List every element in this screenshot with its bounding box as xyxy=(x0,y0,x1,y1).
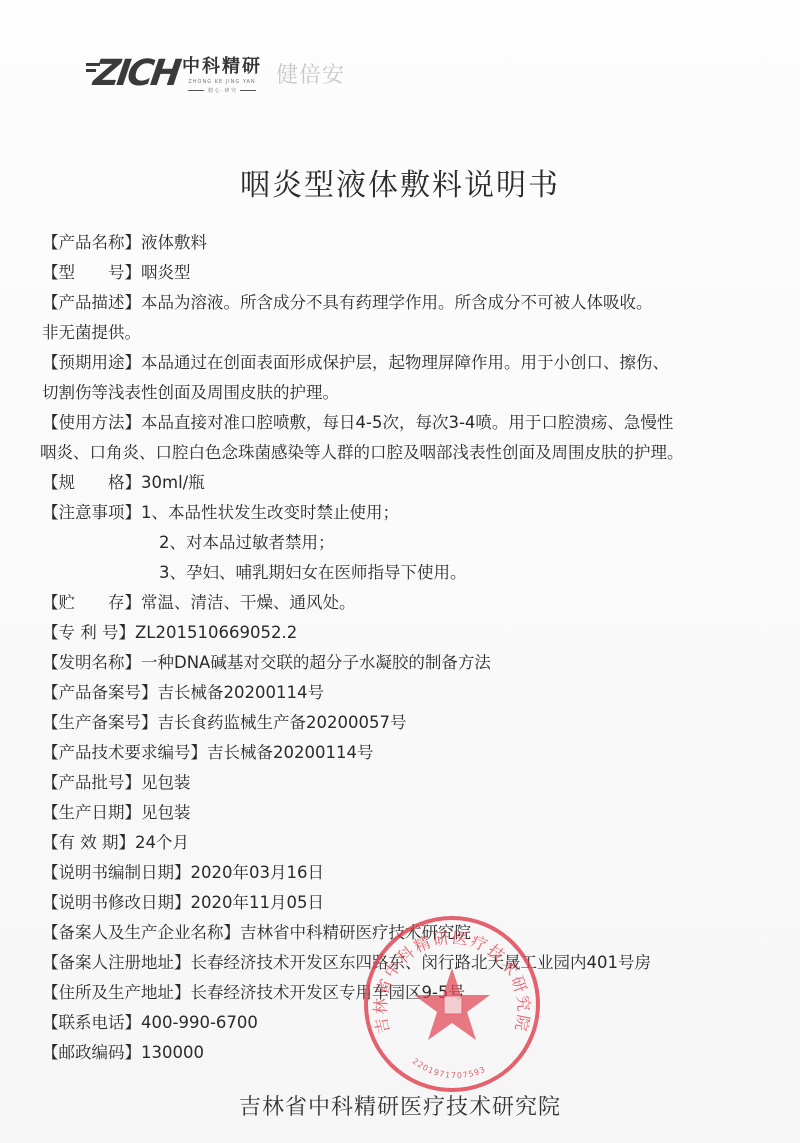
field-intended-use-cont: 切割伤等浅表性创面及周围皮肤的护理。 xyxy=(42,378,787,408)
field-label: 【预期用途】 xyxy=(42,353,141,372)
logo-tagline: 精 心 · 研 究 xyxy=(184,87,260,94)
field-value: ZL201510669052.2 xyxy=(135,623,297,642)
field-description-cont: 非无菌提供。 xyxy=(42,318,787,348)
field-manufacturer-name: 【备案人及生产企业名称】吉林省中科精研医疗技术研究院 xyxy=(42,918,787,948)
precaution-item-2: 2、对本品过敏者禁用； xyxy=(42,528,787,558)
field-value: 吉林省中科精研医疗技术研究院 xyxy=(240,923,471,942)
field-storage: 【贮 存】常温、清洁、干燥、通风处。 xyxy=(42,588,787,618)
field-label: 【产品备案号】 xyxy=(42,683,158,702)
field-model: 【型 号】咽炎型 xyxy=(42,258,787,288)
field-label: 【有 效 期】 xyxy=(42,833,135,852)
field-value: 长春经济技术开发区专用车园区9-5号 xyxy=(191,983,465,1002)
field-value: 本品为溶液。所含成分不具有药理学作用。所含成分不可被人体吸收。 xyxy=(141,293,653,312)
field-value: 见包装 xyxy=(141,803,191,822)
field-postal-code: 【邮政编码】130000 xyxy=(42,1038,787,1068)
field-value: 24个月 xyxy=(135,833,189,852)
zich-logo-mark: ZICH xyxy=(86,53,176,93)
field-label: 【产品描述】 xyxy=(42,293,141,312)
field-label: 【贮 存】 xyxy=(42,593,141,612)
logo-cn-subtitle: 精 心 · 研 究 xyxy=(208,87,236,94)
field-batch-number: 【产品批号】见包装 xyxy=(42,768,787,798)
field-label: 【产品技术要求编号】 xyxy=(42,743,207,762)
field-value: 常温、清洁、干燥、通风处。 xyxy=(141,593,356,612)
field-compiled-date: 【说明书编制日期】2020年03月16日 xyxy=(42,858,787,888)
logo-chinese-name: 中科精研 ZHONG KE JING YAN 精 心 · 研 究 xyxy=(182,52,262,94)
field-production-date: 【生产日期】见包装 xyxy=(42,798,787,828)
field-label: 【产品名称】 xyxy=(42,233,141,252)
field-value: 本品直接对准口腔喷敷，每日4-5次，每次3-4喷。用于口腔溃疡、急慢性 xyxy=(141,413,673,432)
brand-name: 健倍安 xyxy=(276,58,345,89)
field-value: 130000 xyxy=(141,1043,204,1062)
field-production-address: 【住所及生产地址】长春经济技术开发区专用车园区9-5号 xyxy=(42,978,787,1008)
field-value: 30ml/瓶 xyxy=(141,473,205,492)
field-value: 一种DNA碱基对交联的超分子水凝胶的制备方法 xyxy=(141,653,491,672)
field-label: 【生产日期】 xyxy=(42,803,141,822)
field-label: 【备案人注册地址】 xyxy=(42,953,191,972)
field-value: 见包装 xyxy=(141,773,191,792)
field-value: 咽炎型 xyxy=(141,263,191,282)
field-value: 长春经济技术开发区东四路东、闵行路北天晟工业园内401号房 xyxy=(191,953,652,972)
field-label: 【型 号】 xyxy=(42,263,141,282)
field-value: 本品通过在创面表面形成保护层，起物理屏障作用。用于小创口、擦伤、 xyxy=(141,353,669,372)
field-value: 2020年11月05日 xyxy=(191,893,324,912)
logo-mark-text: ZICH xyxy=(91,53,181,94)
field-value: 吉长械备20200114号 xyxy=(207,743,373,762)
field-product-name: 【产品名称】液体敷料 xyxy=(42,228,787,258)
field-registered-address: 【备案人注册地址】长春经济技术开发区东四路东、闵行路北天晟工业园内401号房 xyxy=(42,948,787,978)
field-label: 【生产备案号】 xyxy=(42,713,158,732)
field-value: 吉长食药监械生产备20200057号 xyxy=(158,713,407,732)
field-tech-requirement-number: 【产品技术要求编号】吉长械备20200114号 xyxy=(42,738,787,768)
field-precautions: 【注意事项】1、本品性状发生改变时禁止使用； xyxy=(42,498,787,528)
field-description: 【产品描述】本品为溶液。所含成分不具有药理学作用。所含成分不可被人体吸收。 xyxy=(42,288,787,318)
field-label: 【产品批号】 xyxy=(42,773,141,792)
divider xyxy=(240,90,256,91)
field-value: 400-990-6700 xyxy=(141,1013,258,1032)
field-label: 【发明名称】 xyxy=(42,653,141,672)
field-label: 【专 利 号】 xyxy=(42,623,135,642)
field-value: 吉长械备20200114号 xyxy=(158,683,324,702)
field-label: 【说明书编制日期】 xyxy=(42,863,191,882)
field-label: 【说明书修改日期】 xyxy=(42,893,191,912)
field-value: 2020年03月16日 xyxy=(191,863,324,882)
document-body: 【产品名称】液体敷料 【型 号】咽炎型 【产品描述】本品为溶液。所含成分不具有药… xyxy=(42,228,787,1068)
field-label: 【联系电话】 xyxy=(42,1013,141,1032)
field-value: 1、本品性状发生改变时禁止使用； xyxy=(141,503,399,522)
field-revised-date: 【说明书修改日期】2020年11月05日 xyxy=(42,888,787,918)
field-usage-cont: 咽炎、口角炎、口腔白色念珠菌感染等人群的口腔及咽部浅表性创面及周围皮肤的护理。 xyxy=(40,438,787,468)
field-intended-use: 【预期用途】本品通过在创面表面形成保护层，起物理屏障作用。用于小创口、擦伤、 xyxy=(42,348,787,378)
precaution-item-3: 3、孕妇、哺乳期妇女在医师指导下使用。 xyxy=(42,558,787,588)
field-spec: 【规 格】30ml/瓶 xyxy=(42,468,787,498)
field-label: 【规 格】 xyxy=(42,473,141,492)
field-phone: 【联系电话】400-990-6700 xyxy=(42,1008,787,1038)
document-title: 咽炎型液体敷料说明书 xyxy=(0,160,800,204)
company-logo: ZICH 中科精研 ZHONG KE JING YAN 精 心 · 研 究 健倍… xyxy=(86,50,345,96)
divider xyxy=(188,90,204,91)
field-product-filing-number: 【产品备案号】吉长械备20200114号 xyxy=(42,678,787,708)
field-label: 【住所及生产地址】 xyxy=(42,983,191,1002)
logo-en-subtitle: ZHONG KE JING YAN xyxy=(188,79,255,85)
document-page: ZICH 中科精研 ZHONG KE JING YAN 精 心 · 研 究 健倍… xyxy=(0,0,800,1143)
field-label: 【注意事项】 xyxy=(42,503,141,522)
field-production-filing-number: 【生产备案号】吉长食药监械生产备20200057号 xyxy=(42,708,787,738)
field-label: 【备案人及生产企业名称】 xyxy=(42,923,240,942)
field-usage: 【使用方法】本品直接对准口腔喷敷，每日4-5次，每次3-4喷。用于口腔溃疡、急慢… xyxy=(42,408,787,438)
logo-cn-title: 中科精研 xyxy=(182,52,262,78)
field-label: 【邮政编码】 xyxy=(42,1043,141,1062)
field-label: 【使用方法】 xyxy=(42,413,141,432)
field-value: 液体敷料 xyxy=(141,233,207,252)
field-shelf-life: 【有 效 期】24个月 xyxy=(42,828,787,858)
field-invention-name: 【发明名称】一种DNA碱基对交联的超分子水凝胶的制备方法 xyxy=(42,648,787,678)
footer-organization: 吉林省中科精研医疗技术研究院 xyxy=(0,1090,800,1121)
field-patent-number: 【专 利 号】ZL201510669052.2 xyxy=(42,618,787,648)
